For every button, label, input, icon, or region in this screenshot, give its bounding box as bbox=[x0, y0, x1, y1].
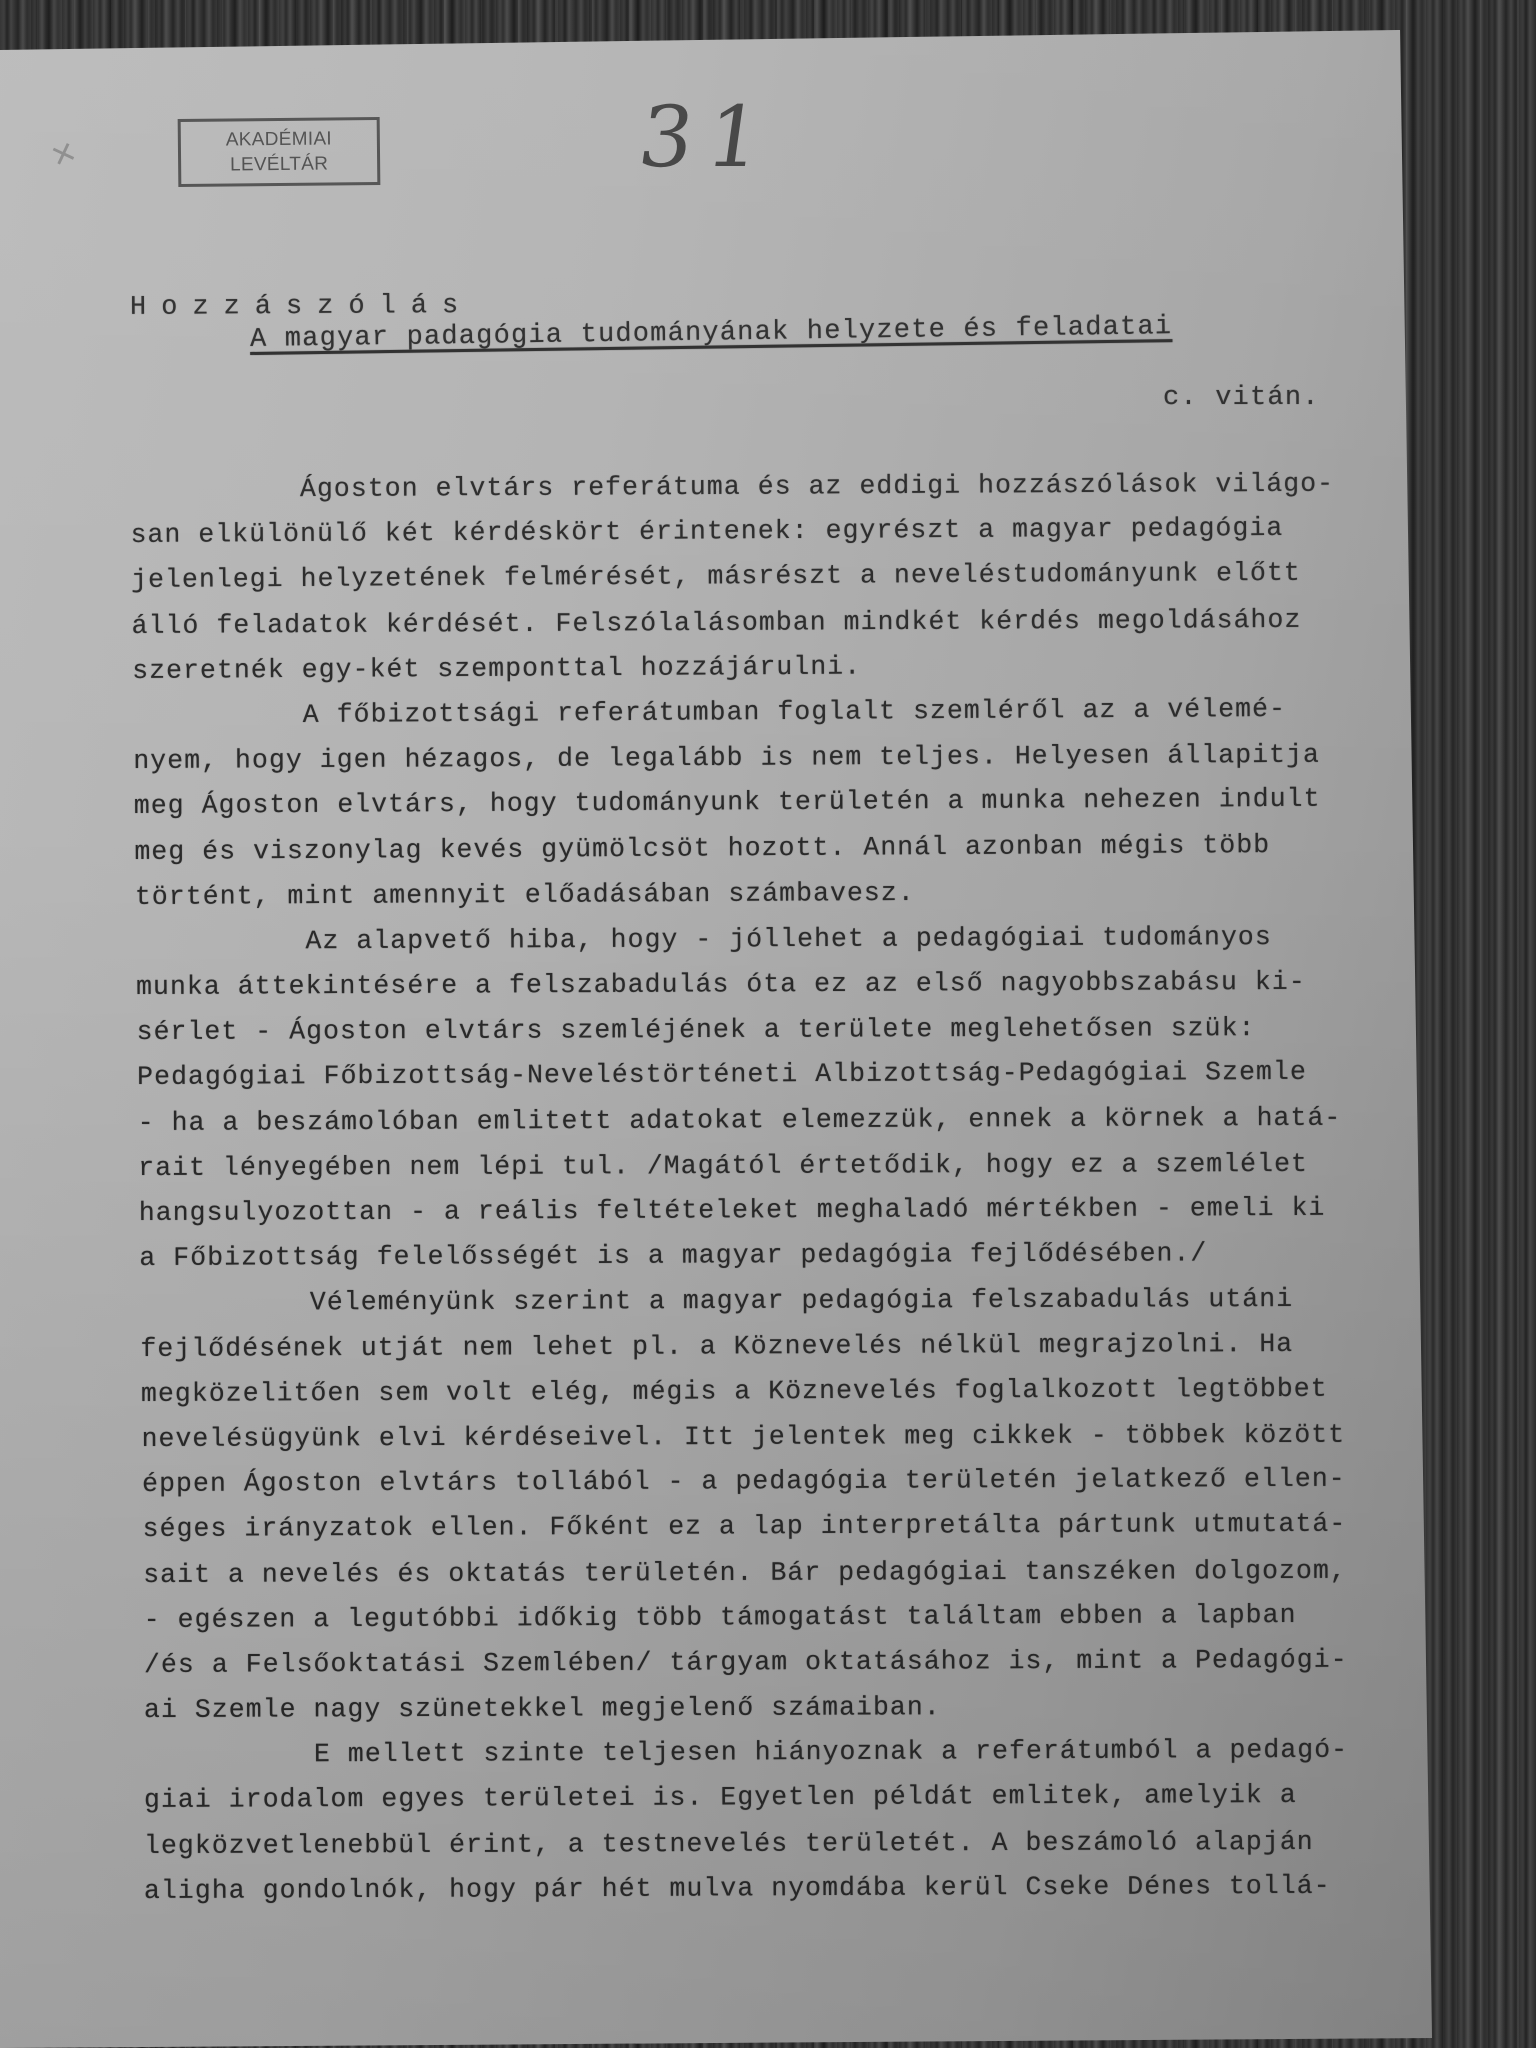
text-line: E mellett szinte teljesen hiányoznak a r… bbox=[144, 1728, 1444, 1779]
document-body: Ágoston elvtárs referátuma és az eddigi … bbox=[130, 468, 1430, 1914]
text-line: meg és viszonylag kevés gyümölcsöt hozot… bbox=[134, 822, 1434, 875]
stamp-line-1: AKADÉMIAI bbox=[226, 126, 332, 152]
text-line: fejlődésének utját nem lehet pl. a Közne… bbox=[140, 1321, 1440, 1372]
text-line: aligha gondolnók, hogy pár hét mulva nyo… bbox=[144, 1863, 1444, 1914]
document-subtitle-tail: c. vitán. bbox=[1163, 383, 1320, 413]
typewritten-page: × AKADÉMIAI LEVÉLTÁR 31 Hozzászólás A ma… bbox=[0, 0, 1536, 2048]
text-line: hangsulyozottan - a reális feltételeket … bbox=[139, 1185, 1439, 1236]
document-subtitle: A magyar padagógia tudományának helyzete… bbox=[250, 312, 1173, 355]
text-line: séges irányzatok ellen. Főként ez a lap … bbox=[143, 1502, 1443, 1553]
text-line: san elkülönülő két kérdéskört érintenek:… bbox=[130, 505, 1430, 558]
text-line: - ha a beszámolóban emlitett adatokat el… bbox=[138, 1095, 1438, 1146]
stamp-line-2: LEVÉLTÁR bbox=[230, 151, 328, 177]
text-line: Pedagógiai Főbizottság-Neveléstörténeti … bbox=[137, 1050, 1437, 1101]
text-line: álló feladatok kérdését. Felszólalásomba… bbox=[132, 597, 1432, 649]
text-line: megközelitően sem volt elég, mégis a Köz… bbox=[141, 1366, 1441, 1417]
text-line: ai Szemle nagy szünetekkel megjelenő szá… bbox=[144, 1684, 1444, 1734]
text-line: meg Ágoston elvtárs, hogy tudományunk te… bbox=[134, 776, 1434, 829]
text-line: nevelésügyünk elvi kérdéseivel. Itt jele… bbox=[141, 1412, 1441, 1462]
text-line: legközvetlenebbül érint, a testnevelés t… bbox=[144, 1819, 1444, 1869]
text-line: szeretnék egy-két szemponttal hozzájárul… bbox=[132, 641, 1432, 694]
text-line: Ágoston elvtárs referátuma és az eddigi … bbox=[130, 461, 1430, 513]
text-line: rait lényegében nem lépi tul. /Magától é… bbox=[138, 1141, 1438, 1191]
document-heading: Hozzászólás bbox=[130, 291, 473, 323]
text-line: munka áttekintésére a felszabadulás óta … bbox=[136, 959, 1436, 1010]
text-line: történt, mint amennyit előadásában számb… bbox=[135, 868, 1435, 920]
text-line: - egészen a legutóbbi időkig több támoga… bbox=[144, 1592, 1444, 1643]
text-line: Az alapvető hiba, hogy - jóllehet a peda… bbox=[135, 914, 1435, 965]
text-line: giai irodalom egyes területei is. Egyetl… bbox=[144, 1773, 1444, 1824]
text-line: A főbizottsági referátumban foglalt szem… bbox=[133, 686, 1433, 739]
text-line: sérlet - Ágoston elvtárs szemléjének a t… bbox=[137, 1006, 1437, 1056]
text-line: /és a Felsőoktatási Szemlében/ tárgyam o… bbox=[144, 1637, 1444, 1688]
pencil-x-mark: × bbox=[45, 129, 82, 179]
text-line: Véleményünk szerint a magyar pedagógia f… bbox=[140, 1277, 1440, 1327]
text-line: sait a nevelés és oktatás területén. Bár… bbox=[143, 1548, 1443, 1598]
archive-stamp: AKADÉMIAI LEVÉLTÁR bbox=[178, 117, 381, 187]
text-line: éppen Ágoston elvtárs tollából - a pedag… bbox=[142, 1456, 1442, 1507]
text-line: jelenlegi helyzetének felmérését, másrés… bbox=[131, 550, 1431, 603]
text-line: a Főbizottság felelősségét is a magyar p… bbox=[139, 1231, 1439, 1282]
text-line: nyem, hogy igen hézagos, de legalább is … bbox=[133, 732, 1433, 784]
handwritten-page-number: 31 bbox=[633, 88, 782, 186]
